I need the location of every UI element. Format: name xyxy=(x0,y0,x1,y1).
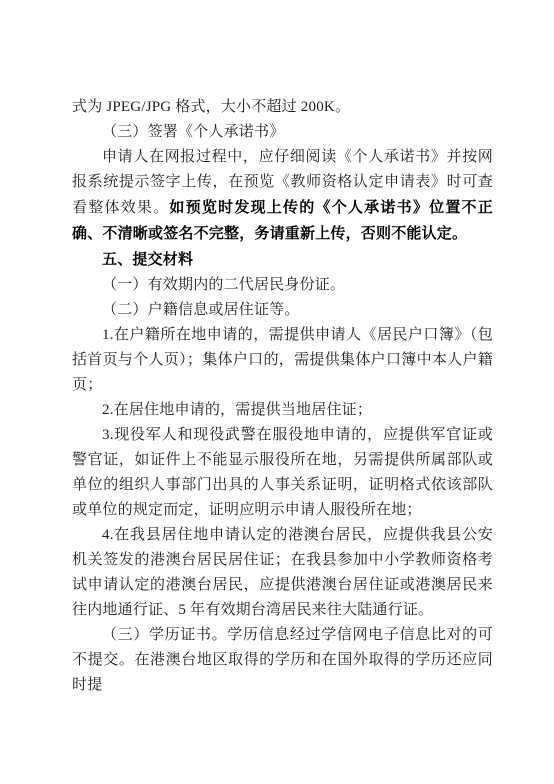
paragraph: （二）户籍信息或居住证等。 xyxy=(72,298,493,323)
text-run: 2.在居住地申请的，需提供当地居住证； xyxy=(102,402,372,418)
paragraph: 4.在我县居住地申请认定的港澳台居民，应提供我县公安机关签发的港澳台居民居住证；… xyxy=(72,523,493,623)
paragraph: 1.在户籍所在地申请的，需提供申请人《居民户口簿》（包括首页与个人页）；集体户口… xyxy=(72,323,493,398)
paragraph: （一）有效期内的二代居民身份证。 xyxy=(72,273,493,298)
text-run: （三）签署《个人承诺书》 xyxy=(102,124,284,140)
bold-text-run: 五、提交材料 xyxy=(102,251,193,268)
paragraph: （三）签署《个人承诺书》 xyxy=(72,120,493,145)
paragraph: 3.现役军人和现役武警在服役地申请的，应提供军官证或警官证，如证件上不能显示服役… xyxy=(72,423,493,523)
text-run: 3.现役军人和现役武警在服役地申请的，应提供军官证或警官证，如证件上不能显示服役… xyxy=(72,427,493,518)
paragraph: 申请人在网报过程中，应仔细阅读《个人承诺书》并按网报系统提示签字上传，在预览《教… xyxy=(72,145,493,247)
text-run: （三）学历证书。学历信息经过学信网电子信息比对的可不提交。在港澳台地区取得的学历… xyxy=(72,627,493,693)
text-run: 4.在我县居住地申请认定的港澳台居民，应提供我县公安机关签发的港澳台居民居住证；… xyxy=(72,527,493,618)
text-run: （二）户籍信息或居住证等。 xyxy=(102,302,300,318)
text-run: 1.在户籍所在地申请的，需提供申请人《居民户口簿》（包括首页与个人页）；集体户口… xyxy=(72,327,493,393)
paragraph: 2.在居住地申请的，需提供当地居住证； xyxy=(72,398,493,423)
paragraph: （三）学历证书。学历信息经过学信网电子信息比对的可不提交。在港澳台地区取得的学历… xyxy=(72,623,493,698)
document-body: 式为 JPEG/JPG 格式，大小不超过 200K。（三）签署《个人承诺书》申请… xyxy=(72,95,493,698)
text-run: 式为 JPEG/JPG 格式，大小不超过 200K。 xyxy=(72,99,350,115)
document-page: 式为 JPEG/JPG 格式，大小不超过 200K。（三）签署《个人承诺书》申请… xyxy=(0,0,554,784)
paragraph: 五、提交材料 xyxy=(72,247,493,273)
text-run: （一）有效期内的二代居民身份证。 xyxy=(102,277,345,293)
paragraph: 式为 JPEG/JPG 格式，大小不超过 200K。 xyxy=(72,95,493,120)
